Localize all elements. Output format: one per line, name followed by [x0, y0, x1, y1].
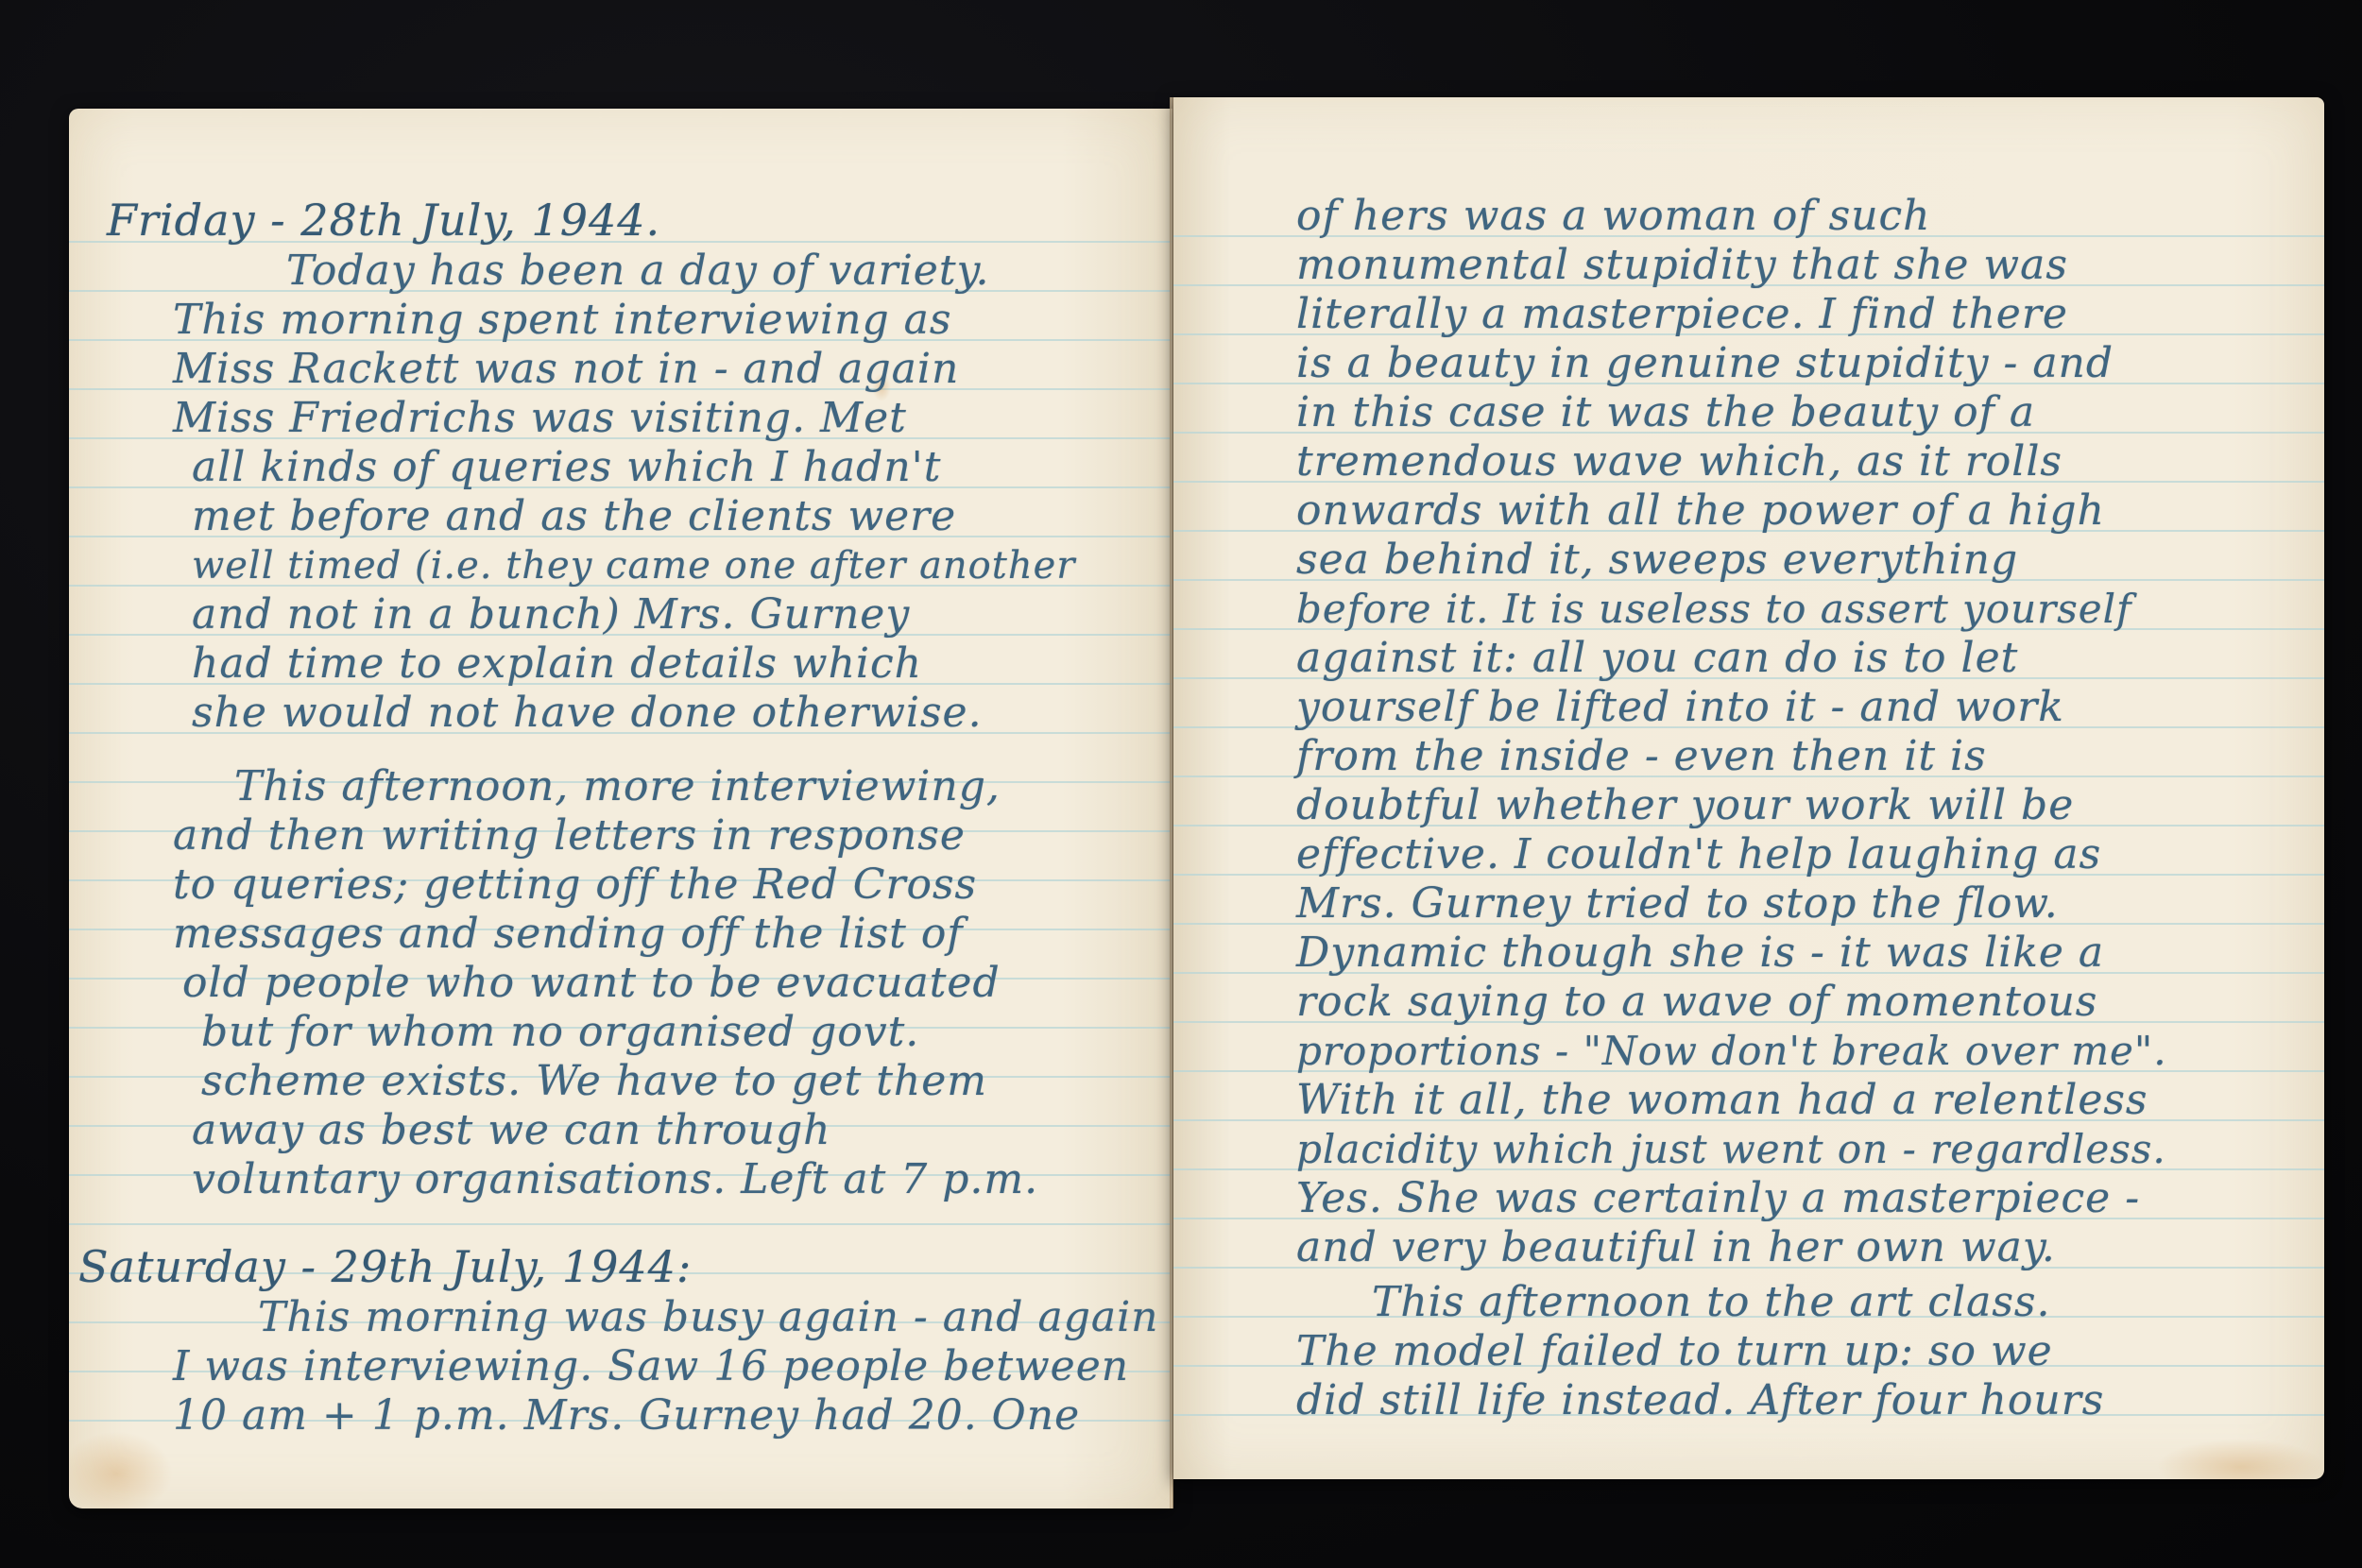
entry-line: and not in a bunch) Mrs. Gurney — [192, 590, 910, 639]
paper-stain — [2156, 1439, 2324, 1479]
entry-line: all kinds of queries which I hadn't — [192, 443, 941, 492]
entry-line: voluntary organisations. Left at 7 p.m. — [192, 1155, 1038, 1204]
entry-line: against it: all you can do is to let — [1296, 634, 2018, 683]
entry-line: and very beautiful in her own way. — [1296, 1223, 2056, 1272]
entry-line: Today has been a day of variety. — [286, 247, 990, 296]
entry-line: scheme exists. We have to get them — [201, 1057, 987, 1106]
entry-line: old people who want to be evacuated — [182, 959, 1001, 1008]
ruled-line — [69, 1223, 1172, 1225]
right-page: of hers was a woman of such monumental s… — [1173, 97, 2324, 1479]
entry-line: placidity which just went on - regardles… — [1296, 1125, 2166, 1174]
entry-line: away as best we can through — [192, 1106, 831, 1155]
entry-date-heading: Saturday - 29th July, 1944: — [78, 1242, 692, 1291]
entry-line: to queries; getting off the Red Cross — [173, 861, 977, 910]
entry-line: from the inside - even then it is — [1296, 732, 1987, 781]
entry-line: This afternoon, more interviewing, — [234, 762, 1001, 811]
entry-line: well timed (i.e. they came one after ano… — [192, 541, 1075, 590]
entry-line: sea behind it, sweeps everything — [1296, 536, 2018, 585]
entry-line: Miss Rackett was not in - and again — [173, 345, 959, 394]
diary-spread: Friday - 28th July, 1944. Today has been… — [0, 0, 2362, 1568]
entry-line: The model failed to turn up: so we — [1296, 1327, 2053, 1376]
entry-line: tremendous wave which, as it rolls — [1296, 437, 2062, 486]
entry-line: before it. It is useless to assert yours… — [1296, 585, 2132, 634]
entry-line: I was interviewing. Saw 16 people betwee… — [173, 1342, 1129, 1391]
entry-line: had time to explain details which — [192, 639, 922, 689]
entry-line: proportions - "Now don't break over me". — [1296, 1027, 2167, 1076]
entry-line: but for whom no organised govt. — [201, 1008, 919, 1057]
entry-line: Mrs. Gurney tried to stop the flow. — [1296, 879, 2059, 929]
entry-line: and then writing letters in response — [173, 811, 966, 861]
entry-line: yourself be lifted into it - and work — [1296, 683, 2064, 732]
entry-line: 10 am + 1 p.m. Mrs. Gurney had 20. One — [173, 1391, 1080, 1440]
entry-line: This morning was busy again - and again — [258, 1293, 1159, 1342]
entry-line: did still life instead. After four hours — [1296, 1376, 2104, 1425]
entry-line: effective. I couldn't help laughing as — [1296, 830, 2101, 879]
entry-line: This afternoon to the art class. — [1372, 1278, 2050, 1327]
paper-stain — [69, 1431, 173, 1508]
entry-date-heading: Friday - 28th July, 1944. — [107, 196, 660, 245]
entry-line: doubtful whether your work will be — [1296, 781, 2074, 830]
entry-line: Dynamic though she is - it was like a — [1296, 929, 2104, 978]
entry-line: Miss Friedrichs was visiting. Met — [173, 394, 907, 443]
entry-line: With it all, the woman had a relentless — [1296, 1076, 2148, 1125]
entry-line: This morning spent interviewing as — [173, 296, 951, 345]
entry-line: met before and as the clients were — [192, 492, 956, 541]
entry-line: literally a masterpiece. I find there — [1296, 290, 2068, 339]
entry-line: rock saying to a wave of momentous — [1296, 978, 2097, 1027]
entry-line: she would not have done otherwise. — [192, 689, 983, 738]
entry-line: messages and sending off the list of — [173, 910, 964, 959]
entry-line: is a beauty in genuine stupidity - and — [1296, 339, 2114, 388]
entry-line: Yes. She was certainly a masterpiece - — [1296, 1174, 2140, 1223]
entry-line: monumental stupidity that she was — [1296, 241, 2068, 290]
entry-line: of hers was a woman of such — [1296, 192, 1931, 241]
left-page: Friday - 28th July, 1944. Today has been… — [69, 109, 1172, 1508]
entry-line: onwards with all the power of a high — [1296, 486, 2105, 536]
entry-line: in this case it was the beauty of a — [1296, 388, 2035, 437]
